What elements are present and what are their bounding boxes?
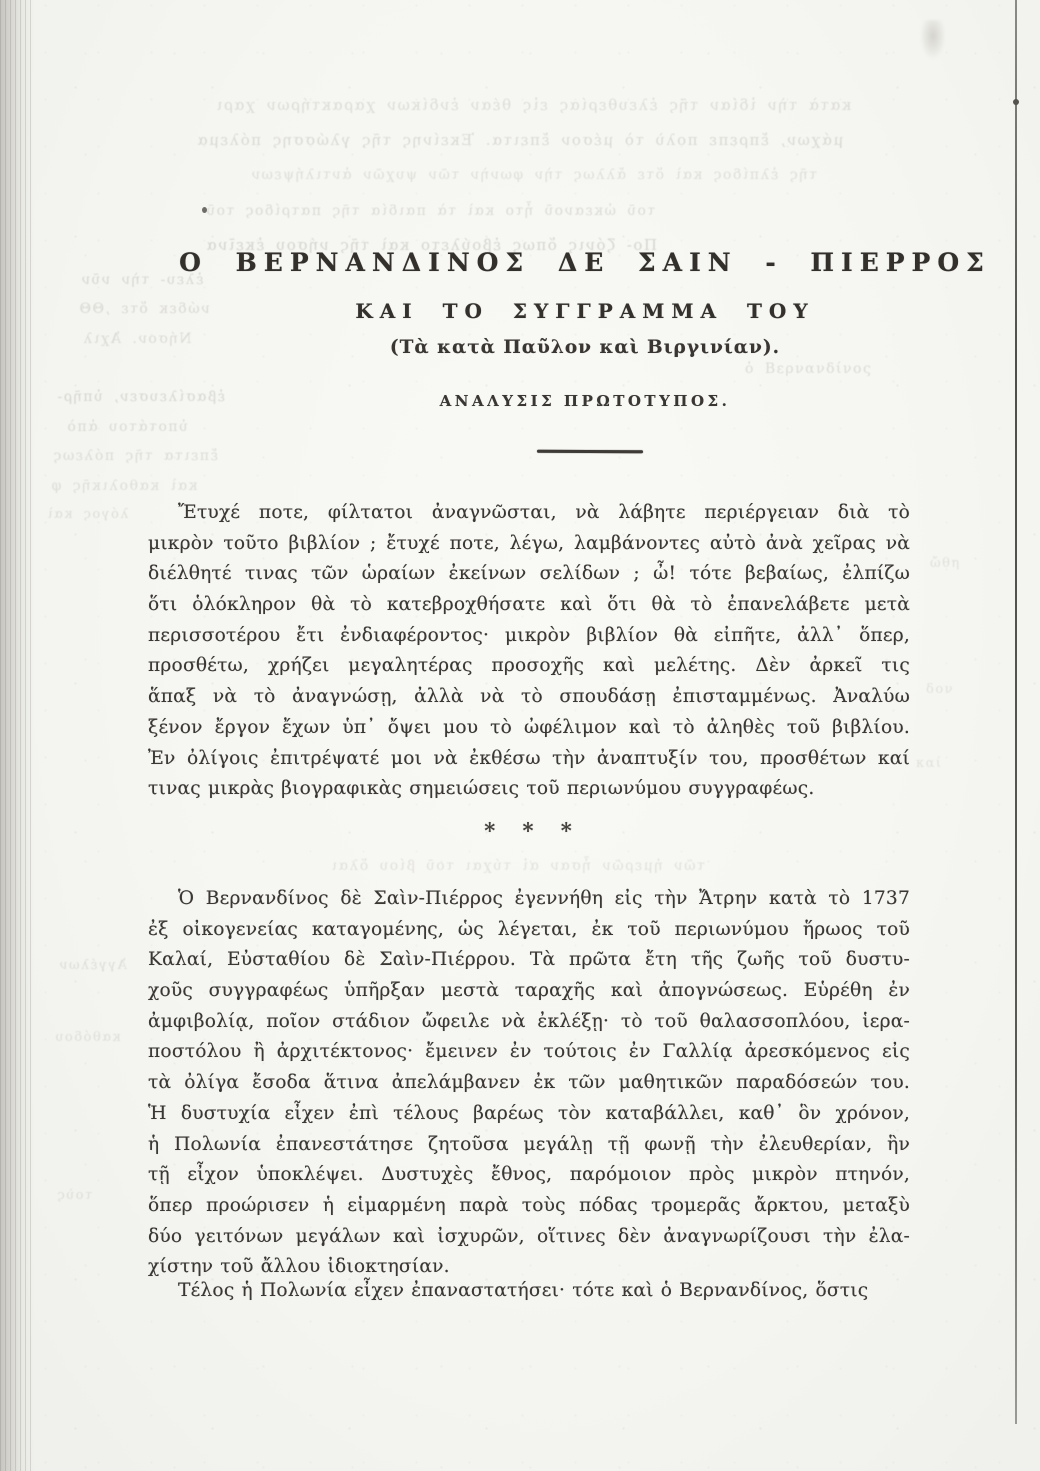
- bleed-through-fragment: Ἀγγέλων: [58, 958, 127, 973]
- text-line: ἐξ οἰκογενείας καταγομένης, ὡς λέγεται, …: [148, 915, 910, 946]
- page-edge-mark: [1013, 99, 1019, 105]
- bleed-through-fragment: δον: [926, 682, 954, 697]
- paragraph-closing: Τέλος ἡ Πολωνία εἶχεν ἐπαναστατήσει· τότ…: [148, 1276, 910, 1307]
- bleed-through-fragment: λόγος καὶ: [46, 507, 129, 522]
- text-line: μικρὸν τοῦτο βιβλίον ; ἔτυχέ ποτε, λέγω,…: [148, 529, 910, 560]
- bleed-through-fragment: καθόδου: [54, 1030, 121, 1045]
- article-subtitle: (Τὰ κατὰ Παῦλον καὶ Βιργινίαν).: [160, 337, 1010, 358]
- text-line: ποστόλου ἢ ἀρχιτέκτονος· ἔμεινεν ἐν τούτ…: [148, 1037, 910, 1068]
- bleed-through-fragment: ὁ Βερνανδίνος: [745, 361, 872, 377]
- text-line: προσθέτω, χρήζει μεγαλητέρας προσοχῆς κα…: [148, 651, 910, 682]
- bleed-through-fragment: καί: [916, 756, 943, 771]
- text-line: ὅπερ προώρισεν ἡ εἱμαρμένη παρὰ τοὺς πόδ…: [148, 1191, 910, 1222]
- bleed-through-fragment: μάχων, ἔπρεπε πολὺ τὸ μέσον ἔπειτα. Ἐκεί…: [196, 131, 843, 149]
- article-title-line2: ΚΑΙ ΤΟ ΣΥΓΓΡΑΜΜΑ ΤΟΥ: [160, 299, 1010, 323]
- text-line: περισσοτέρου ἔτι ἐνδιαφέροντος· μικρὸν β…: [148, 621, 910, 652]
- text-line: Ἡ δυστυχία εἶχεν ἐπὶ τέλους βαρέως τὸν κ…: [148, 1099, 910, 1130]
- text-line: Τέλος ἡ Πολωνία εἶχεν ἐπαναστατήσει· τότ…: [148, 1276, 910, 1307]
- bleed-through-fragment: ὤθη: [930, 556, 961, 571]
- asterisk-separator: * * *: [148, 818, 910, 843]
- article-title-line1: Ο ΒΕΡΝΑΝΔΙΝΟΣ ΔΕ ΣΑΙΝ - ΠΙΕΡΡΟΣ: [160, 248, 1010, 277]
- scan-smudge: [920, 20, 946, 60]
- page-edge-line: [1015, 0, 1017, 1424]
- section-heading: ΑΝΑΛΥΣΙΣ ΠΡΩΤΟΤΥΠΟΣ.: [160, 392, 1010, 410]
- text-line: χοῦς συγγραφέως ὑπῆρξαν μεστὰ ταραχῆς κα…: [148, 976, 910, 1007]
- heading-divider-rule: [537, 450, 643, 454]
- text-line: Ὁ Βερνανδίνος δὲ Σαὶν-Πιέρρος ἐγεννήθη ε…: [148, 884, 910, 915]
- ink-speck: [202, 207, 207, 213]
- bleed-through-fragment: τοῦ ὠκεανοῦ ἦτο καὶ τὰ παιδία τῆς πατρίδ…: [205, 203, 655, 219]
- binding-shadow: [0, 0, 34, 1471]
- text-line: διέλθητέ τινας τῶν ὡραίων ἐκείνων σελίδω…: [148, 559, 910, 590]
- bleed-through-fragment: ὑποτάτου ἀπὸ: [66, 419, 188, 435]
- text-line: τῇ εἶχον ὑποκλέψει. Δυστυχὲς ἔθνος, παρό…: [148, 1160, 910, 1191]
- text-line: ὅτι ὁλόκληρον θὰ τὸ κατεβροχθήσατε καὶ ὅ…: [148, 590, 910, 621]
- bleed-through-fragment: τῆς ἐλπίδος καὶ ὅτε ἄλλως τὴν φωνὴν τῶν …: [250, 167, 817, 183]
- text-line: τὰ ὀλίγα ἔσοδα ἅτινα ἀπελάμβανεν ἐκ τῶν …: [148, 1068, 910, 1099]
- bleed-through-fragment: ἔπειτα τῆς πόλεως: [52, 448, 218, 464]
- paragraph-intro: Ἔτυχέ ποτε, φίλτατοι ἀναγνῶσται, νὰ λάβη…: [148, 498, 910, 805]
- bleed-through-fragment: τοὺς: [56, 1188, 92, 1203]
- text-line: ξένον ἔργον ἔχων ὑπ᾽ ὄψει μου τὸ ὠφέλιμο…: [148, 713, 910, 744]
- text-line: Ἔτυχέ ποτε, φίλτατοι ἀναγνῶσται, νὰ λάβη…: [148, 498, 910, 529]
- text-line: ἅπαξ νὰ τὸ ἀναγνώσῃ, ἀλλὰ νὰ τὸ σπουδάσῃ…: [148, 682, 910, 713]
- bleed-through-fragment: καὶ καθολικῆς φ: [50, 478, 197, 494]
- text-line: τινας μικρὰς βιογραφικὰς σημειώσεις τοῦ …: [148, 774, 910, 805]
- bleed-through-fragment: κατὰ τὴν ἰδίαν τῆς ἐλευθερίας εἰς θέαν ἐ…: [215, 96, 851, 114]
- text-line: ἀμφιβολίᾳ, ποῖον στάδιον ὤφειλε νὰ ἐκλέξ…: [148, 1007, 910, 1038]
- text-line: Καλαί, Εὐσταθίου δὲ Σαὶν-Πιέρρου. Τὰ πρῶ…: [148, 945, 910, 976]
- paragraph-biography: Ὁ Βερνανδίνος δὲ Σαὶν-Πιέρρος ἐγεννήθη ε…: [148, 884, 910, 1283]
- text-line: ἡ Πολωνία ἐπανεστάτησε ζητοῦσα μεγάλῃ τῇ…: [148, 1130, 910, 1161]
- text-line: Ἐν ὀλίγοις ἐπιτρέψατέ μοι νὰ ἐκθέσω τὴν …: [148, 744, 910, 775]
- text-line: δύο γειτόνων μεγάλων καὶ ἰσχυρῶν, οἵτινε…: [148, 1222, 910, 1253]
- bleed-through-fragment: τῶν ἡμερῶν ἦσαν αἱ τύχαι τοῦ βίου ὅλαι: [330, 858, 705, 874]
